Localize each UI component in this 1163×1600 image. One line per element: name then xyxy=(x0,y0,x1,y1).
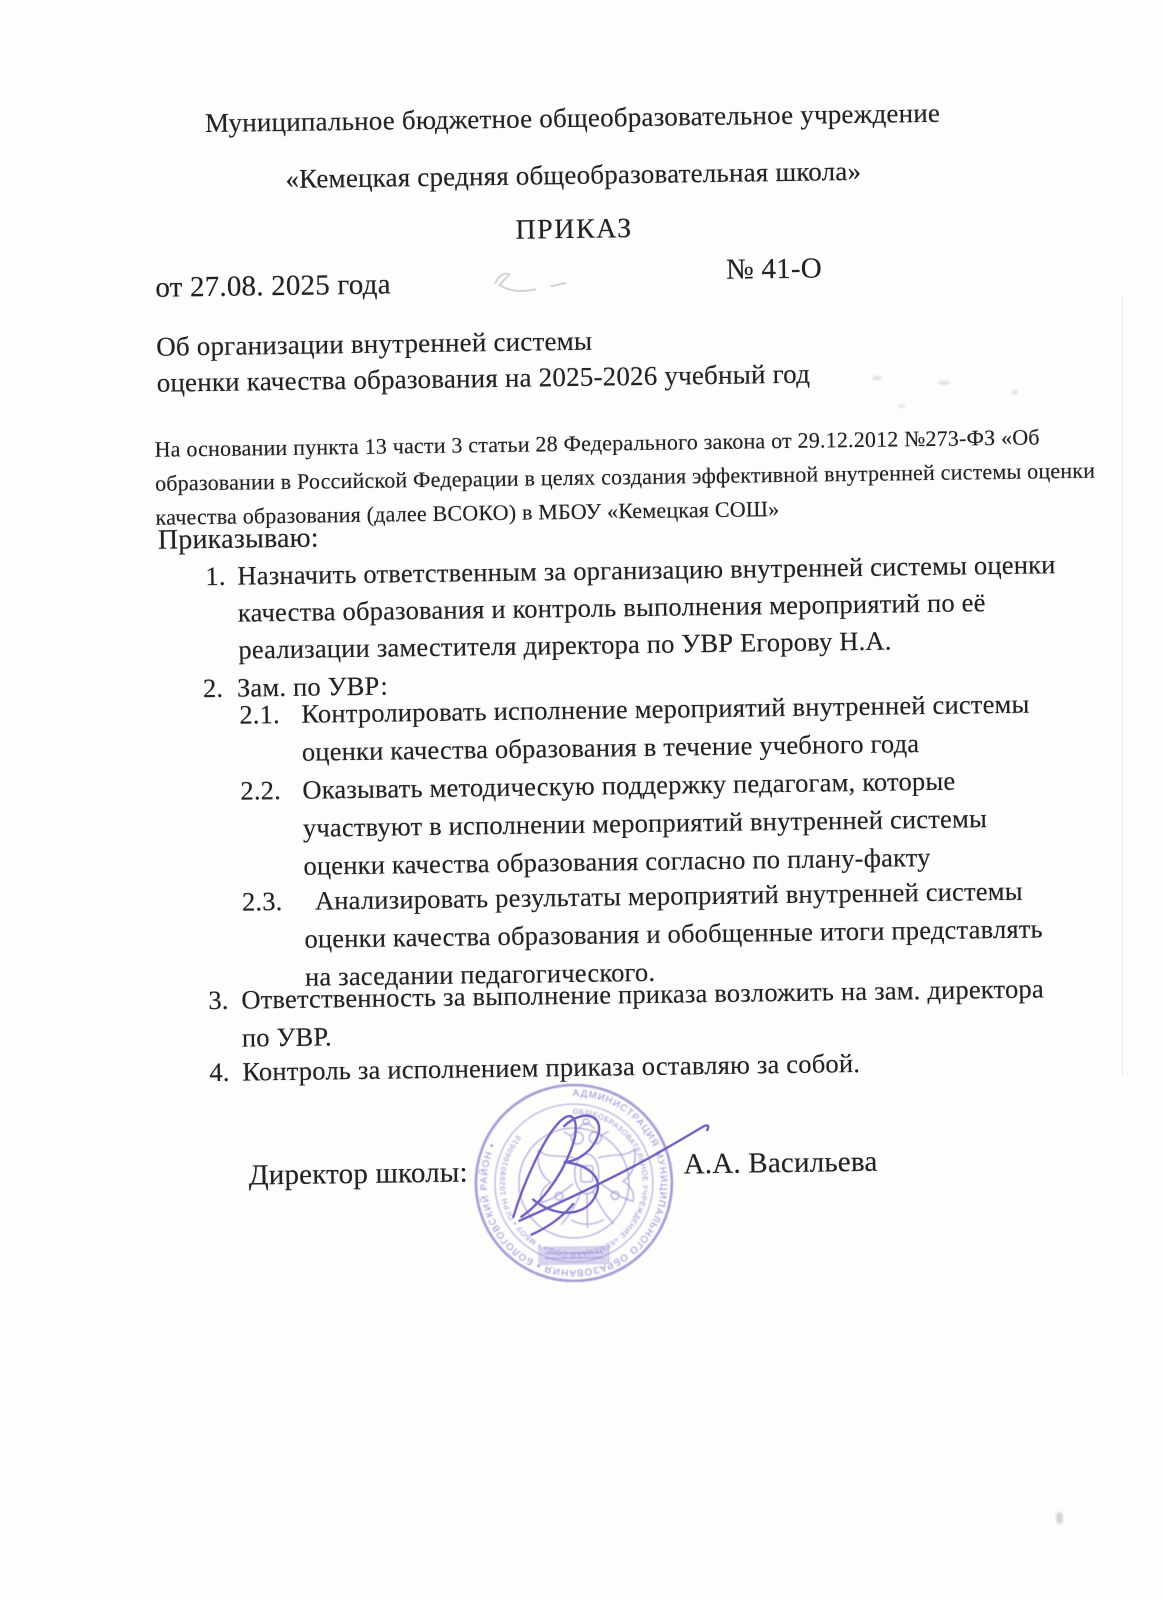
list-item-line: реализации заместителя директора по УВР … xyxy=(238,626,892,666)
preamble-line1: На основании пункта 13 части 3 статьи 28… xyxy=(154,424,1039,462)
document-content: Муниципальное бюджетное общеобразователь… xyxy=(0,0,1163,1600)
list-item-number: 2. xyxy=(203,673,224,704)
list-item-number: 2.3. xyxy=(242,886,283,918)
handwritten-signature xyxy=(460,1096,742,1240)
scanned-order-document: Муниципальное бюджетное общеобразователь… xyxy=(0,0,1163,1600)
scan-speck xyxy=(1012,390,1018,395)
scan-speck xyxy=(938,381,950,385)
list-item-line: Оказывать методическую поддержку педагог… xyxy=(302,766,955,806)
scan-fold-line xyxy=(1122,295,1123,1075)
scan-speck xyxy=(898,404,905,408)
list-item-number: 1. xyxy=(205,561,226,592)
list-item-number: 2.1. xyxy=(239,699,280,731)
list-item-line: участвуют в исполнении мероприятий внутр… xyxy=(303,803,987,844)
list-item-line: качества образования и контроль выполнен… xyxy=(238,587,986,628)
list-item-line: оценки качества образования и обобщенные… xyxy=(304,913,1043,954)
list-item-line: оценки качества образования согласно по … xyxy=(303,842,931,882)
preamble-line2: образовании в Российской Федерации в цел… xyxy=(155,458,1095,497)
signatory-role: Директор школы: xyxy=(249,1156,468,1192)
subject-line1: Об организации внутренней системы xyxy=(156,326,592,363)
order-date: от 27.08. 2025 года xyxy=(155,268,391,304)
list-item-line: Назначить ответственным за организацию в… xyxy=(237,549,1056,591)
list-item-line: оценки качества образования в течение уч… xyxy=(302,728,920,768)
stamp-code-box xyxy=(539,1247,609,1265)
org-name-line2: «Кемецкая средняя общеобразовательная шк… xyxy=(0,152,1155,199)
subject-line2: оценки качества образования на 2025-2026… xyxy=(156,359,810,399)
directive-word: Приказываю: xyxy=(158,522,319,556)
org-name-line1: Муниципальное бюджетное общеобразователь… xyxy=(0,95,1154,142)
document-type-title: ПРИКАЗ xyxy=(0,206,1156,254)
list-item-line: Контролировать исполнение мероприятий вн… xyxy=(301,689,1030,730)
pencil-smudge-artifact xyxy=(485,268,581,305)
scan-speck xyxy=(1056,1512,1063,1524)
order-number: № 41-О xyxy=(726,252,822,286)
list-item-number: 3. xyxy=(208,985,229,1016)
list-item-number: 2.2. xyxy=(240,775,281,807)
list-item-line: Анализировать результаты мероприятий вну… xyxy=(315,876,1023,917)
list-item-number: 4. xyxy=(209,1057,230,1088)
scan-speck xyxy=(872,376,882,380)
list-item-line: по УВР. xyxy=(242,1021,332,1053)
